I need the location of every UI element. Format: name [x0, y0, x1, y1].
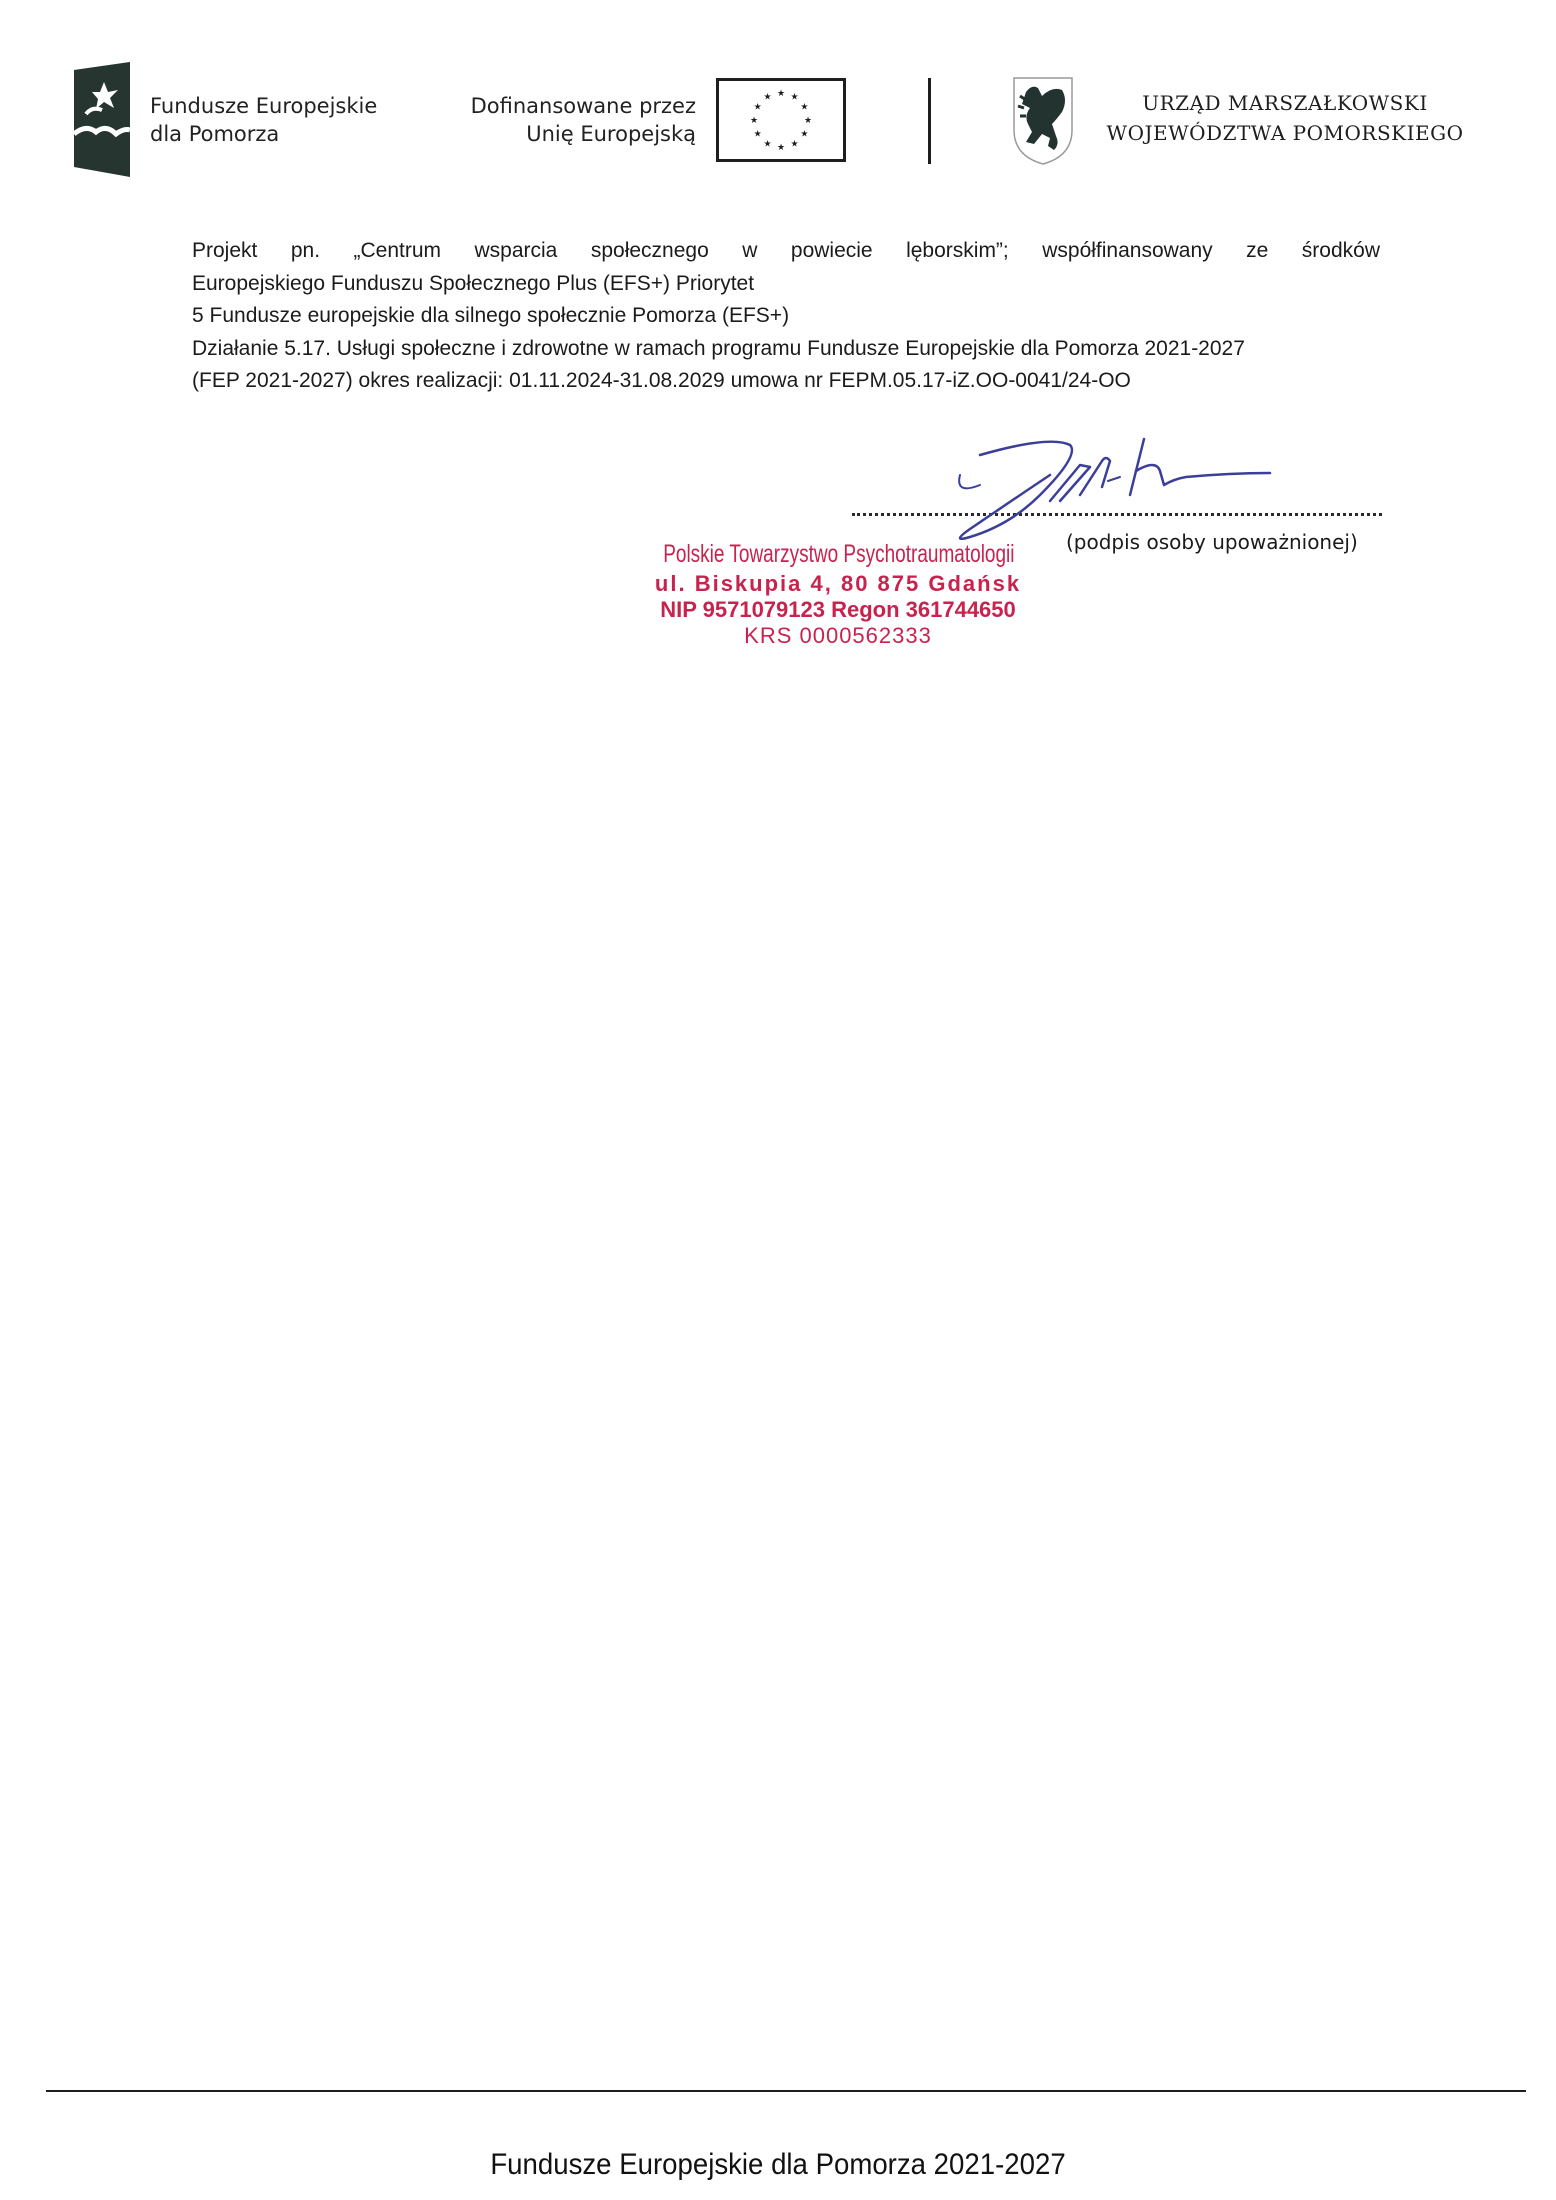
svg-text:★: ★	[777, 142, 785, 152]
stamp-address: ul. Biskupia 4, 80 875 Gdańsk	[648, 571, 1028, 597]
signature-caption: (podpis osoby upoważnionej)	[1066, 530, 1358, 554]
eu-flag-icon: ★★★★★★★★★★★★	[716, 78, 846, 162]
office-line1: URZĄD MARSZAŁKOWSKI	[1080, 88, 1490, 118]
stamp-krs: KRS 0000562333	[648, 623, 1028, 649]
office-line2: WOJEWÓDZTWA POMORSKIEGO	[1080, 118, 1490, 148]
svg-text:★: ★	[754, 102, 762, 112]
svg-text:★: ★	[763, 138, 771, 148]
stamp-org-name: Polskie Towarzystwo Psychotraumatologii	[663, 540, 1013, 569]
fe-logo-line2: dla Pomorza	[150, 120, 377, 148]
svg-text:★: ★	[800, 129, 808, 139]
svg-text:★: ★	[763, 92, 771, 102]
project-line-2: Europejskiego Funduszu Społecznego Plus …	[192, 268, 1380, 301]
svg-text:★: ★	[777, 88, 785, 98]
organization-stamp: Polskie Towarzystwo Psychotraumatologii …	[648, 540, 1028, 649]
fundusze-europejskie-logo-text: Fundusze Europejskie dla Pomorza	[150, 92, 377, 148]
svg-text:★: ★	[754, 129, 762, 139]
pomeranian-griffin-crest-icon	[1012, 74, 1074, 166]
cofinanced-line1: Dofinansowane przez	[420, 92, 696, 120]
marshal-office-name: URZĄD MARSZAŁKOWSKI WOJEWÓDZTWA POMORSKI…	[1080, 88, 1490, 148]
svg-text:★: ★	[750, 115, 758, 125]
svg-text:★: ★	[790, 92, 798, 102]
footer-divider	[46, 2090, 1526, 2092]
svg-text:★: ★	[790, 138, 798, 148]
footer-program-name: Fundusze Europejskie dla Pomorza 2021-20…	[62, 2148, 1494, 2182]
project-line-1: Projekt pn. „Centrum wsparcia społeczneg…	[192, 235, 1380, 268]
project-line-5: (FEP 2021-2027) okres realizacji: 01.11.…	[192, 365, 1380, 398]
cofinanced-line2: Unię Europejską	[420, 120, 696, 148]
fundusze-europejskie-logo-icon	[72, 62, 132, 177]
project-line-4: Działanie 5.17. Usługi społeczne i zdrow…	[192, 333, 1380, 366]
stamp-nip-regon: NIP 9571079123 Regon 361744650	[648, 597, 1028, 623]
fe-logo-line1: Fundusze Europejskie	[150, 92, 377, 120]
svg-text:★: ★	[800, 102, 808, 112]
svg-text:★: ★	[804, 115, 812, 125]
project-description: Projekt pn. „Centrum wsparcia społeczneg…	[192, 235, 1380, 398]
cofinanced-label: Dofinansowane przez Unię Europejską	[420, 92, 696, 148]
header-separator	[928, 78, 931, 164]
project-line-3: 5 Fundusze europejskie dla silnego społe…	[192, 300, 1380, 333]
